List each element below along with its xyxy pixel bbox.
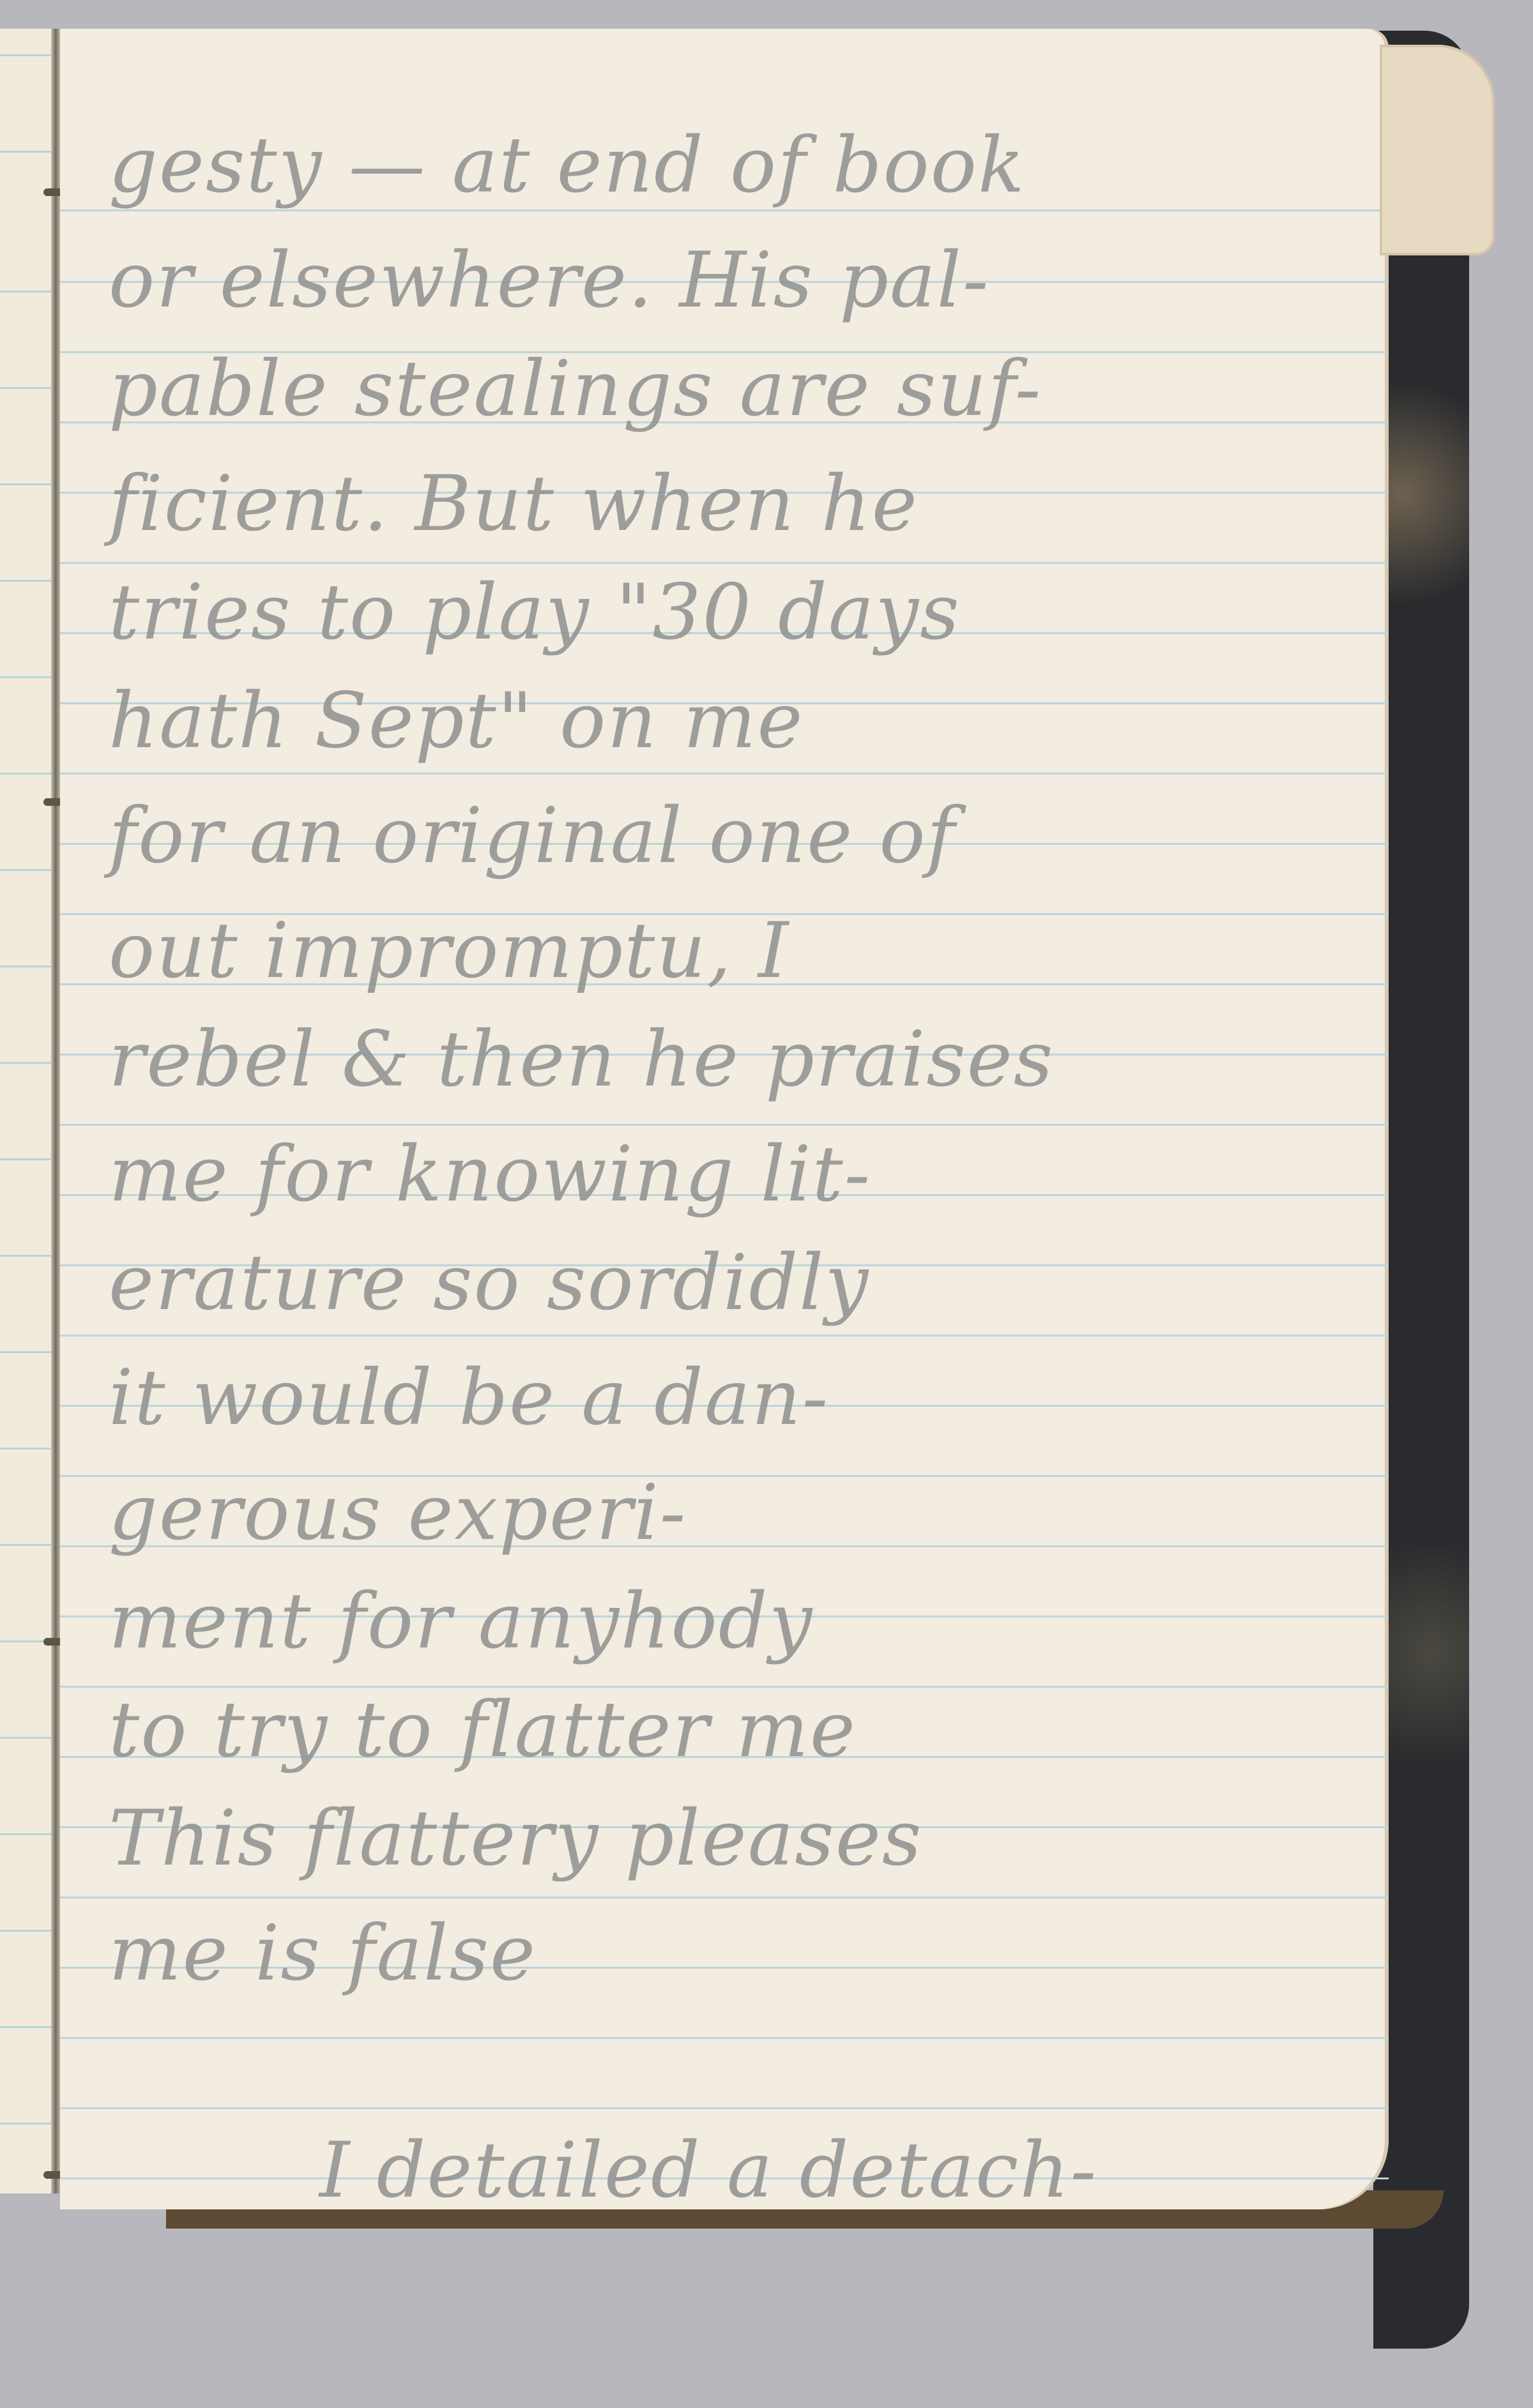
handwritten-line: me is false bbox=[109, 1909, 537, 1998]
handwritten-line: This flattery pleases bbox=[109, 1794, 922, 1883]
handwritten-line: hath Sept" on me bbox=[109, 677, 804, 766]
book-binding bbox=[51, 29, 60, 2193]
page-corner-tab bbox=[1380, 45, 1495, 255]
previous-page-edge bbox=[0, 29, 51, 2193]
handwritten-line: ficient. But when he bbox=[109, 460, 919, 549]
handwritten-line: ment for anyhody bbox=[109, 1577, 813, 1666]
handwritten-line: gesty — at end of book bbox=[109, 121, 1026, 210]
handwritten-line: or elsewhere. His pal- bbox=[109, 236, 989, 325]
handwritten-line: erature so sordidly bbox=[109, 1239, 869, 1328]
handwritten-line: rebel & then he praises bbox=[109, 1015, 1054, 1104]
handwritten-line: me for knowing lit- bbox=[109, 1130, 871, 1219]
handwritten-line: gerous experi- bbox=[109, 1469, 687, 1557]
handwritten-line: out impromptu, I bbox=[109, 907, 789, 996]
handwritten-line: I detailed a detach- bbox=[319, 2126, 1097, 2215]
handwritten-line: to try to flatter me bbox=[109, 1686, 857, 1775]
handwritten-line: tries to play "30 days bbox=[109, 568, 961, 657]
handwritten-line: for an original one of bbox=[109, 792, 956, 881]
handwritten-line: it would be a dan- bbox=[109, 1354, 829, 1443]
handwritten-line: pable stealings are suf- bbox=[109, 345, 1042, 434]
